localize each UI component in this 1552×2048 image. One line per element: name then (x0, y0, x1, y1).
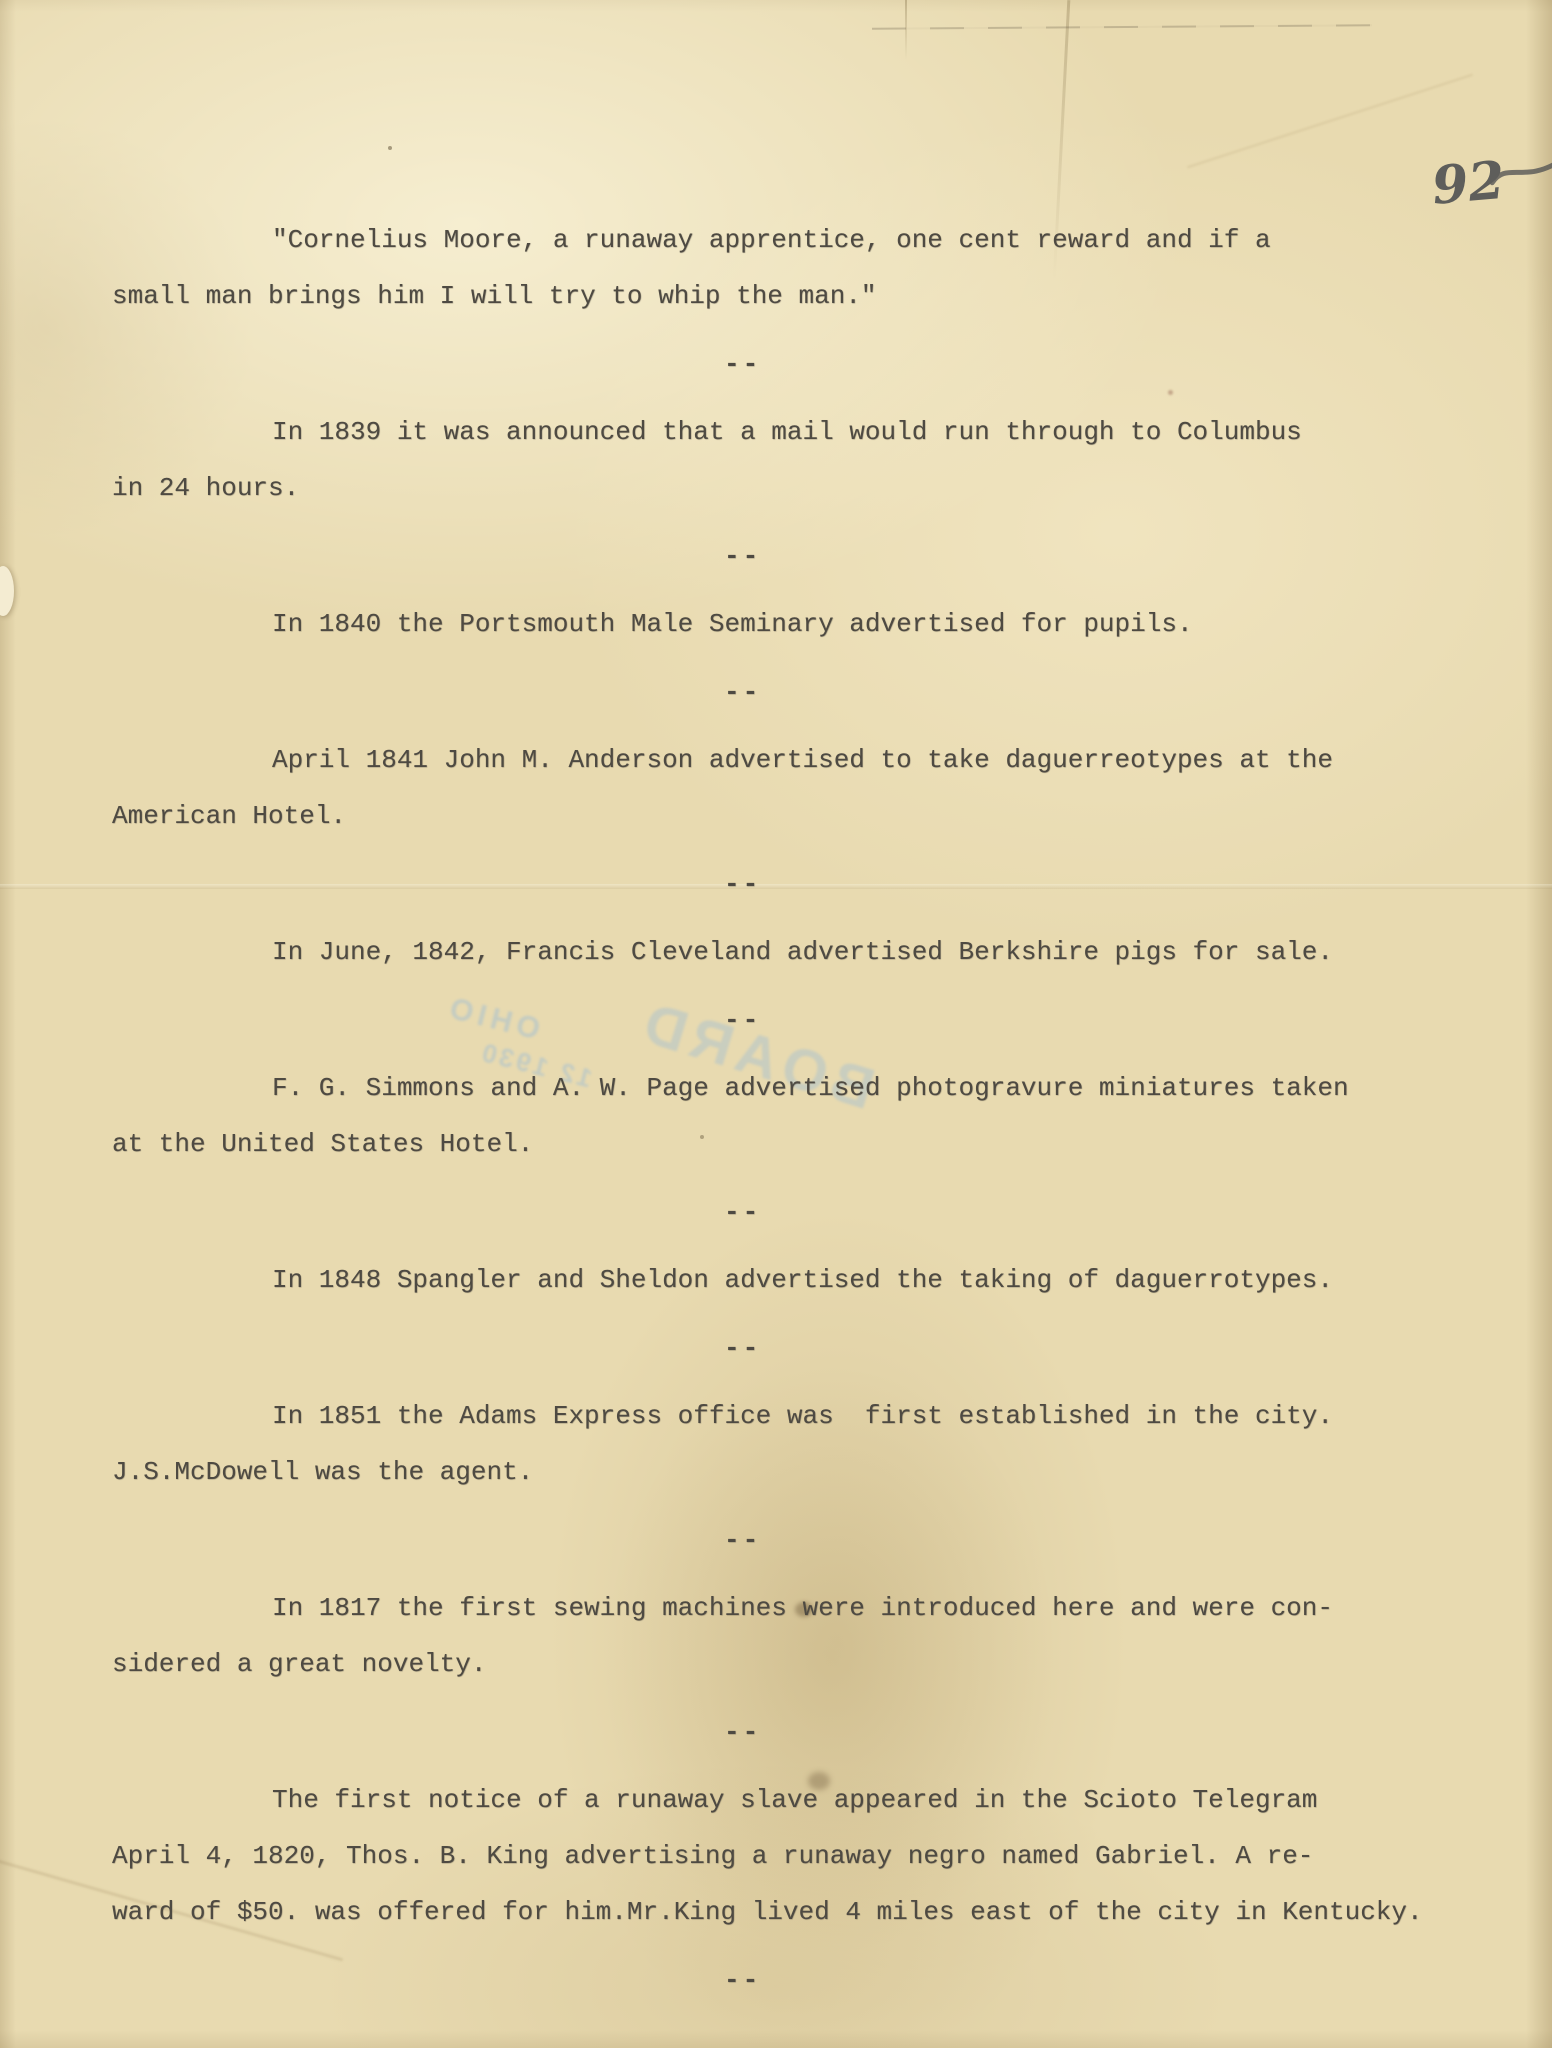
text-line: J.S.McDowell was the agent. (112, 1444, 1452, 1500)
paragraph: In 1851 the Adams Express office was fir… (112, 1388, 1452, 1500)
section-separator: -- (112, 540, 1452, 572)
text-line: April 4, 1820, Thos. B. King advertising… (112, 1828, 1452, 1884)
text-line: sidered a great novelty. (112, 1636, 1452, 1692)
pen-swoosh (1488, 152, 1552, 193)
text-line: In 1817 the first sewing machines were i… (112, 1580, 1452, 1636)
section-separator: -- (112, 676, 1452, 708)
paragraph: In 1839 it was announced that a mail wou… (112, 404, 1452, 516)
section-separator: -- (112, 1524, 1452, 1556)
paper-speck (388, 146, 392, 150)
paper-edge-chip (0, 566, 14, 616)
section-separator: -- (112, 1004, 1452, 1036)
text-line: at the United States Hotel. (112, 1116, 1452, 1172)
text-line: American Hotel. (112, 788, 1452, 844)
section-separator: -- (112, 1196, 1452, 1228)
paper-crease (905, 0, 907, 60)
paragraph: April 1841 John M. Anderson advertised t… (112, 732, 1452, 844)
text-line: April 1841 John M. Anderson advertised t… (112, 732, 1452, 788)
paragraph: In 1817 the first sewing machines were i… (112, 1580, 1452, 1692)
text-line: In June, 1842, Francis Cleveland adverti… (112, 924, 1452, 980)
section-separator: -- (112, 348, 1452, 380)
text-line: In 1840 the Portsmouth Male Seminary adv… (112, 596, 1452, 652)
section-separator: -- (112, 1964, 1452, 1996)
paragraph: In 1840 the Portsmouth Male Seminary adv… (112, 596, 1452, 652)
paragraph: "Cornelius Moore, a runaway apprentice, … (112, 212, 1452, 324)
text-line: "Cornelius Moore, a runaway apprentice, … (112, 212, 1452, 268)
text-line: ward of $50. was offered for him.Mr.King… (112, 1884, 1452, 1940)
paragraph: F. G. Simmons and A. W. Page advertised … (112, 1060, 1452, 1172)
text-line: In 1848 Spangler and Sheldon advertised … (112, 1252, 1452, 1308)
faint-pencil-line (872, 24, 1372, 29)
text-line: in 24 hours. (112, 460, 1452, 516)
page-number-handwritten: 92 (1430, 144, 1552, 217)
paper-fold (1187, 74, 1473, 169)
text-line: small man brings him I will try to whip … (112, 268, 1452, 324)
text-line: F. G. Simmons and A. W. Page advertised … (112, 1060, 1452, 1116)
text-line: The first notice of a runaway slave appe… (112, 1772, 1452, 1828)
paragraph: The first notice of a runaway slave appe… (112, 1772, 1452, 1940)
text-line: In 1839 it was announced that a mail wou… (112, 404, 1452, 460)
section-separator: -- (112, 1332, 1452, 1364)
paragraph: In June, 1842, Francis Cleveland adverti… (112, 924, 1452, 980)
typewritten-content: "Cornelius Moore, a runaway apprentice, … (112, 212, 1452, 2020)
text-line: In 1851 the Adams Express office was fir… (112, 1388, 1452, 1444)
paragraph: In 1848 Spangler and Sheldon advertised … (112, 1252, 1452, 1308)
document-page: OHIO 12 1930 BOARD 92 "Cornelius Moore, … (0, 0, 1552, 2048)
section-separator: -- (112, 1716, 1452, 1748)
section-separator: -- (112, 868, 1452, 900)
